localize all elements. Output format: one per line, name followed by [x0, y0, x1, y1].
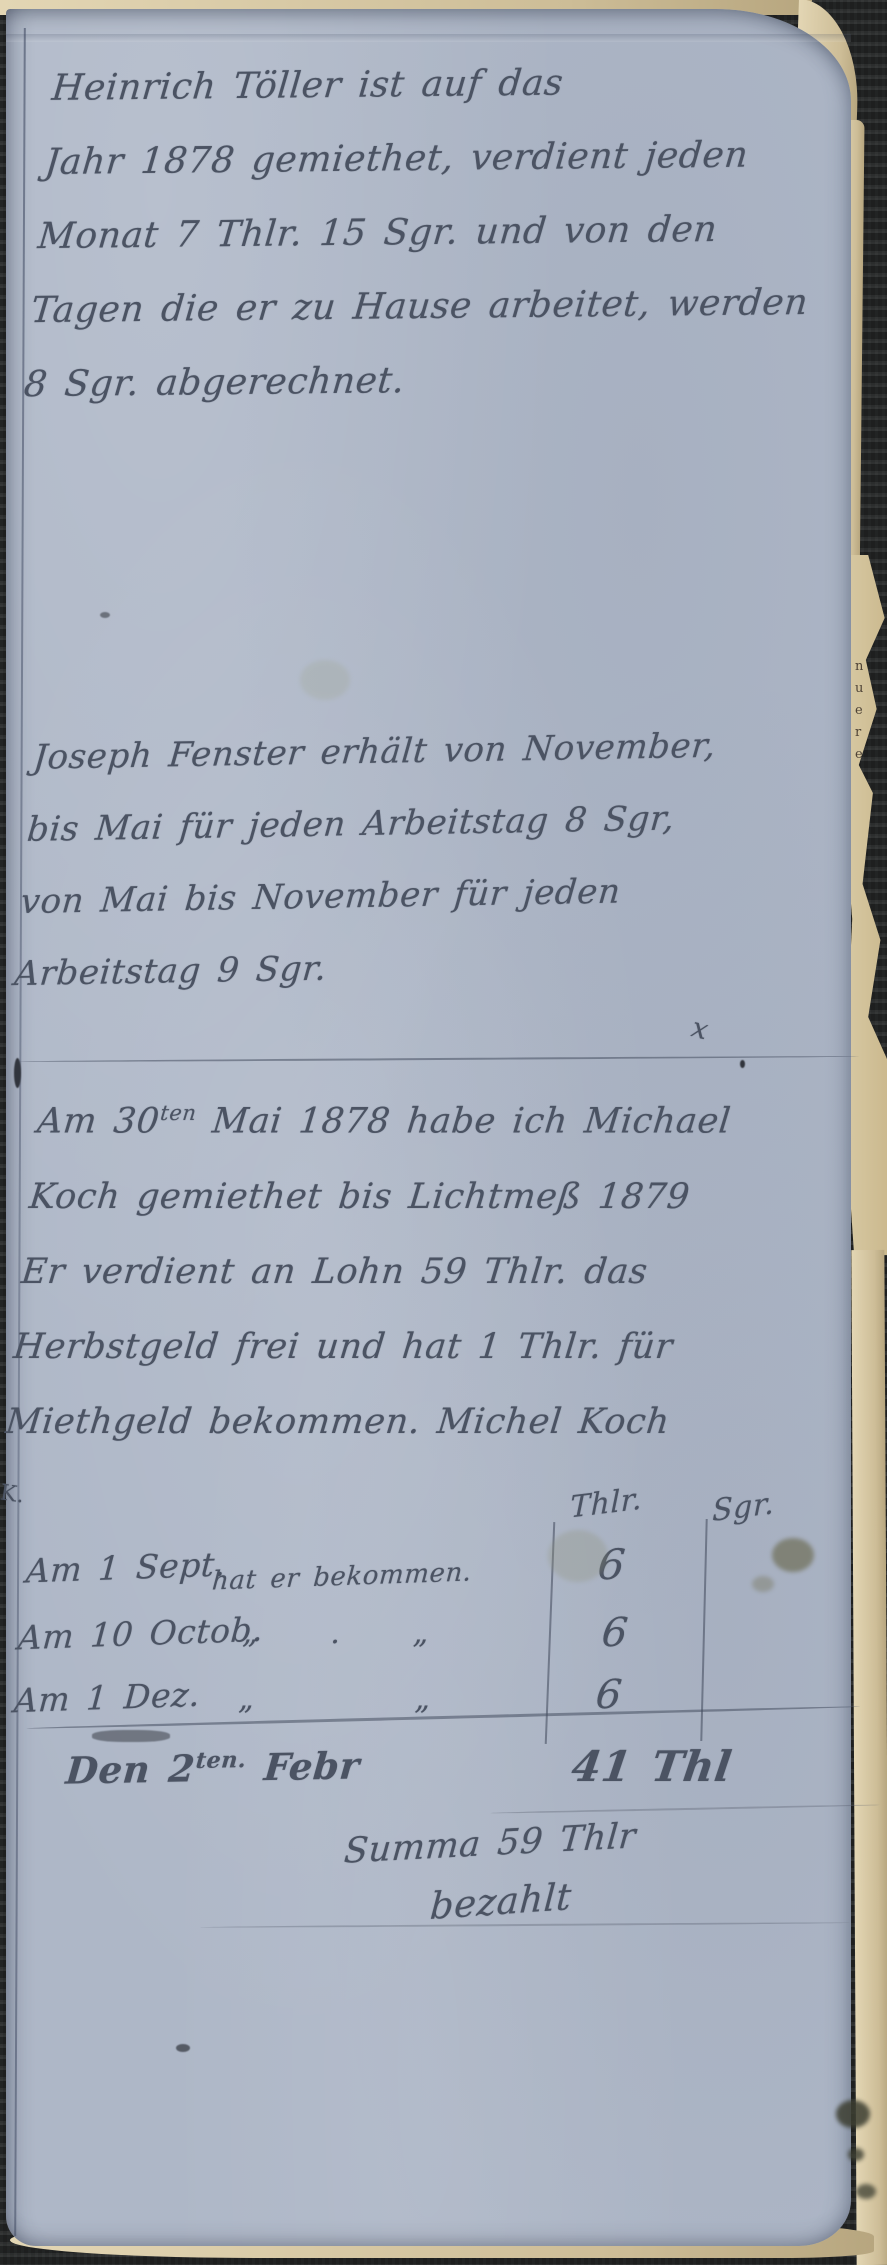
total-amount: 41 Thl [569, 1742, 735, 1791]
adjacent-page-letters: n u e r e [855, 660, 863, 761]
handwritten-line: Joseph Fenster erhält von November, [30, 710, 719, 794]
entry-michel-koch: Am 30ten Mai 1878 habe ich Michael Koch … [2, 1076, 736, 1460]
spine-letter: u [855, 682, 863, 695]
handwritten-line: Herbstgeld frei und hat 1 Thlr. für [10, 1310, 711, 1385]
spine-letter: r [855, 726, 863, 739]
ordinal-superscript: ten [159, 1101, 198, 1125]
stain [300, 660, 350, 700]
handwritten-line: Koch gemiethet bis Lichtmeß 1879 [25, 1160, 726, 1235]
row-date: Am 1 Dez. [13, 1675, 202, 1721]
handwritten-line: Arbeitstag 9 Sgr. [11, 926, 700, 1010]
handwritten-line: Miethgeld bekommen. Michel Koch [2, 1385, 703, 1460]
spine-letter: e [855, 704, 863, 717]
handwritten-line: Tagen die er zu Hause arbeitet, werden [28, 266, 812, 348]
handwritten-line: Monat 7 Thlr. 15 Sgr. und von den [35, 192, 819, 274]
spine-letter: n [855, 660, 863, 673]
handwritten-line: Er verdient an Lohn 59 Thlr. das [18, 1235, 719, 1310]
handwritten-line: 8 Sgr. abgerechnet. [21, 340, 805, 422]
total-date: Den 2ten. Febr [64, 1743, 362, 1792]
stain [772, 1538, 814, 1572]
stain [548, 1530, 608, 1582]
ink-speck [176, 2044, 190, 2052]
ink-smudge [92, 1730, 170, 1742]
entry-joseph-fenster: Joseph Fenster erhält von November, bis … [11, 710, 719, 1010]
handwritten-line: Jahr 1878 gemiethet, verdient jeden [42, 118, 826, 200]
row-ditto-marks: „ . „ [242, 1616, 429, 1651]
row-thlr-value: 6 [600, 1610, 631, 1656]
handwritten-line: von Mai bis November für jeden [18, 854, 707, 938]
spine-letter: e [855, 748, 863, 761]
entry-heinrich-toeller: Heinrich Töller ist auf das Jahr 1878 ge… [21, 44, 833, 423]
ink-blot [14, 1058, 21, 1088]
stain [836, 2100, 870, 2128]
ordinal-superscript: ten. [195, 1747, 248, 1774]
handwritten-line: bis Mai für jeden Arbeitstag 8 Sgr, [24, 782, 713, 866]
handwritten-line: Am 30ten Mai 1878 habe ich Michael [33, 1076, 735, 1160]
page-top-fold [6, 34, 851, 42]
handwritten-line: Heinrich Töller ist auf das [49, 44, 833, 126]
ink-speck [740, 1060, 745, 1068]
stain [856, 2184, 876, 2199]
scanned-ledger-photo: n u e r e Heinrich Töller ist auf das Ja… [0, 0, 887, 2265]
margin-mark: K. [0, 1480, 26, 1508]
stain [752, 1576, 774, 1592]
ink-speck [100, 612, 110, 618]
row-ditto-marks: „ „ [238, 1682, 430, 1717]
stain [848, 2148, 864, 2161]
row-date: Am 1 Sept. [25, 1544, 228, 1590]
